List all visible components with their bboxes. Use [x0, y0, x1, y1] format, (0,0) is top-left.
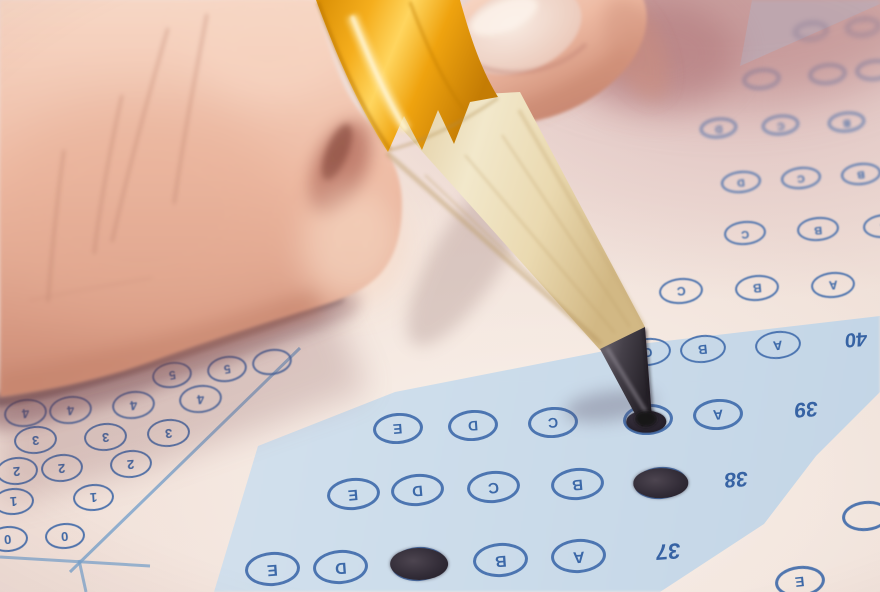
photo-canvas: CBA40EDCA39EDCB38EDBA37CBACBADCBDCBE5544…	[0, 0, 880, 592]
vignette-overlay	[0, 0, 880, 592]
